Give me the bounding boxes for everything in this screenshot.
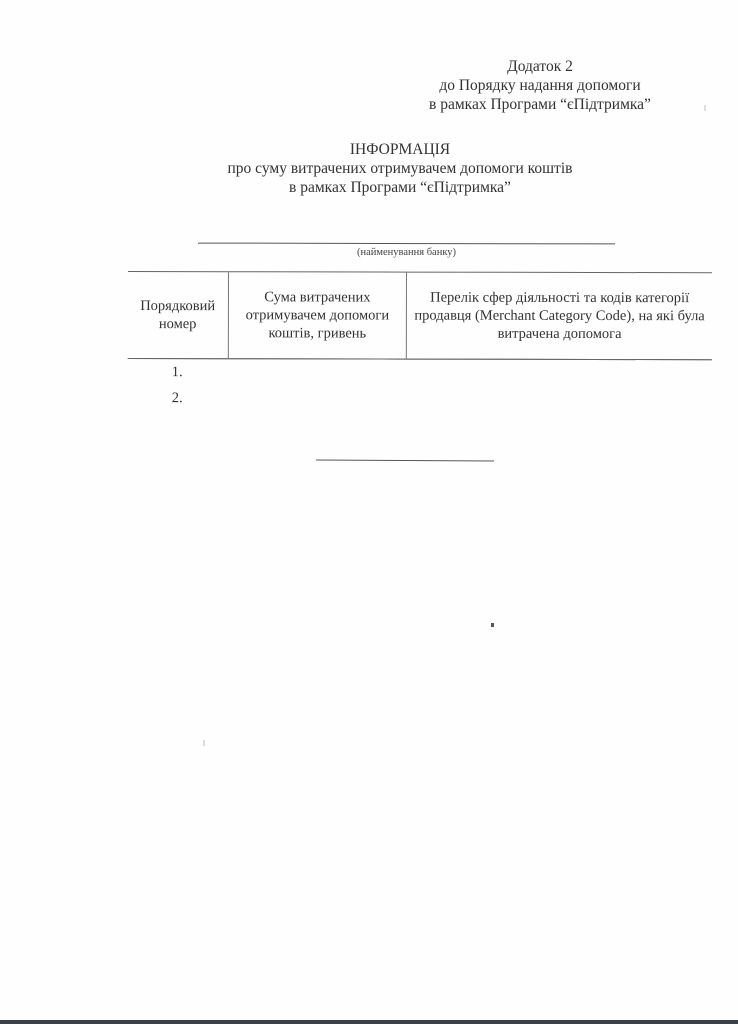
row-merchant-categories — [407, 386, 712, 413]
bank-name-caption: (найменування банку) — [198, 247, 615, 258]
appendix-number: Додаток 2 — [395, 57, 685, 76]
document-heading: ІНФОРМАЦІЯ — [150, 140, 650, 159]
document-subtitle-line2: в рамках Програми “єПідтримка” — [150, 178, 650, 197]
scan-mark — [704, 105, 706, 111]
row-amount — [228, 385, 407, 411]
document-page: Додаток 2 до Порядку надання допомоги в … — [0, 0, 738, 1024]
row-number: 1. — [128, 358, 228, 385]
table-row: 2. — [128, 385, 712, 412]
row-merchant-categories — [407, 359, 712, 386]
header-sequence-number: Порядковий номер — [128, 272, 228, 359]
row-amount — [228, 359, 407, 386]
document-title-block: ІНФОРМАЦІЯ про суму витрачених отримувач… — [150, 140, 650, 197]
table-row: 1. — [128, 358, 712, 386]
spending-info-table: Порядковий номер Сума витрачених отримув… — [128, 271, 712, 412]
scanner-bottom-edge — [0, 1020, 738, 1024]
row-number: 2. — [128, 385, 228, 411]
scan-mark — [203, 740, 205, 746]
document-subtitle-line1: про суму витрачених отримувачем допомоги… — [150, 159, 650, 178]
bank-name-blank-line — [198, 243, 615, 245]
header-amount-spent: Сума витрачених отримувачем допомоги кош… — [228, 272, 407, 359]
signature-blank-line — [316, 459, 494, 461]
scan-speck — [491, 623, 494, 627]
appendix-program: в рамках Програми “єПідтримка” — [395, 95, 685, 114]
header-merchant-categories: Перелік сфер діяльності та кодів категор… — [407, 272, 712, 360]
appendix-header: Додаток 2 до Порядку надання допомоги в … — [395, 57, 685, 114]
table-header-row: Порядковий номер Сума витрачених отримув… — [128, 272, 712, 360]
appendix-reference: до Порядку надання допомоги — [395, 76, 685, 95]
